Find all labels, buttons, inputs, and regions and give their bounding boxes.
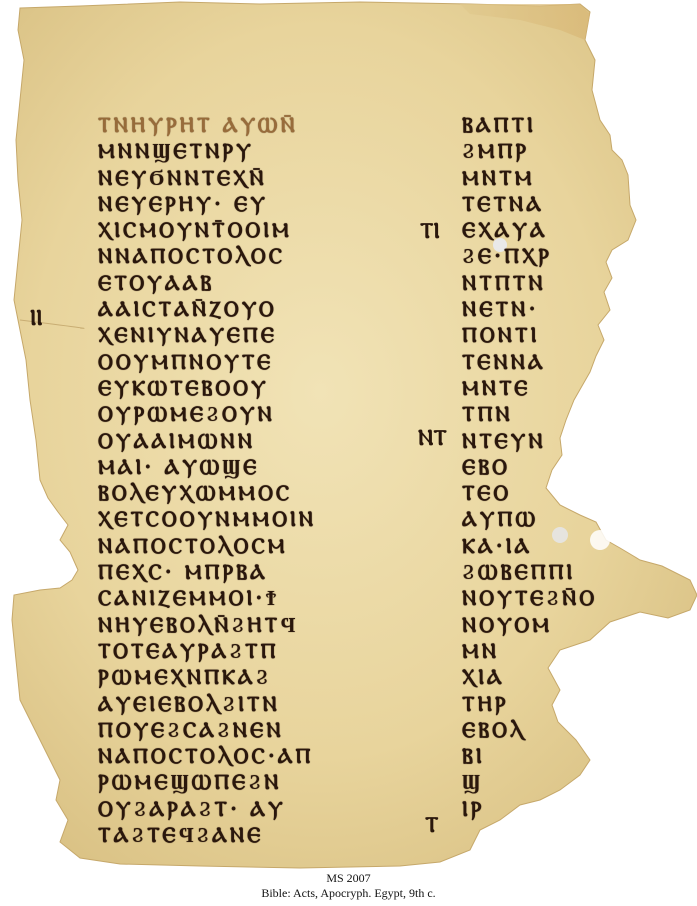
manuscript-line: ⲀⲀⲒⲤⲦⲀⲚ̄ⲌⲞⲨⲞ	[98, 296, 421, 322]
manuscript-line: ⲂⲒ	[462, 743, 599, 769]
margin-mark: ⲦⲒ	[420, 218, 440, 244]
caption-subtitle: Bible: Acts, Apocryph. Egypt, 9th c.	[0, 886, 697, 901]
manuscript-line: ⲬⲒⲤⲘⲞⲨⲚⲦ̄ⲞⲞⲒⲘ	[98, 217, 421, 243]
manuscript-line: ⲈⲂⲞⲖ	[462, 717, 599, 743]
manuscript-line: ⲔⲀ·ⲒⲀ	[462, 533, 599, 559]
manuscript-line: ⲘⲀⲒ· ⲀⲨⲰϢⲈ	[98, 454, 421, 480]
manuscript-line: ⲠⲞⲨⲈϨⲤⲀϨⲚⲈⲚ	[98, 717, 421, 743]
manuscript-line: ⲚⲦⲠⲦⲚ	[462, 270, 599, 296]
manuscript-line: ⲘⲚ	[462, 638, 599, 664]
manuscript-line: ⲦⲚⲎⲨⲢⲎⲦ ⲀⲨⲰⲚ̄	[98, 112, 421, 138]
manuscript-line: ⲚⲈⲨⲈⲢⲎⲨ· ⲈⲨ	[98, 191, 421, 217]
manuscript-line: ⲚⲎⲨⲈⲂⲞⲖⲚ̄ϨⲎⲦϤ	[98, 612, 421, 638]
manuscript-line: ⲦⲞⲦⲈⲀⲨⲢⲀϨⲦⲠ	[98, 638, 421, 664]
manuscript-photo: ⲦⲚⲎⲨⲢⲎⲦ ⲀⲨⲰⲚ̄ ⲘⲚⲚϢⲈⲦⲚⲢⲨ ⲚⲈⲨϬⲚⲚⲦⲈⲬⲚ̄ ⲚⲈⲨⲈ…	[0, 0, 697, 906]
manuscript-line: ⲘⲚⲦⲘ	[462, 165, 599, 191]
manuscript-line: ⲈⲦⲞⲨⲀⲀⲂ	[98, 270, 421, 296]
manuscript-left-column: ⲦⲚⲎⲨⲢⲎⲦ ⲀⲨⲰⲚ̄ ⲘⲚⲚϢⲈⲦⲚⲢⲨ ⲚⲈⲨϬⲚⲚⲦⲈⲬⲚ̄ ⲚⲈⲨⲈ…	[98, 112, 428, 848]
manuscript-line: ⲈⲂⲞ	[462, 454, 599, 480]
manuscript-line: ⲢⲰⲘⲈⲬⲚⲠⲔⲀϨ	[98, 664, 421, 690]
manuscript-line: ⲚⲦⲈⲨⲚ	[462, 428, 599, 454]
manuscript-line: ⲬⲈⲚⲒⲨⲚⲀⲨⲈⲠⲈ	[98, 322, 421, 348]
manuscript-line: ⲒⲢ	[462, 796, 599, 822]
manuscript-line: ⲦⲈⲚⲚⲀ	[462, 349, 599, 375]
manuscript-line: ⲈⲬⲀⲨⲀ	[462, 217, 599, 243]
manuscript-line: ⲬⲒⲀ	[462, 664, 599, 690]
manuscript-line: ⲦⲎⲢ	[462, 691, 599, 717]
caption-title: MS 2007	[0, 871, 697, 886]
manuscript-line: ⲢⲰⲘⲈϢⲰⲠⲈϨⲚ	[98, 769, 421, 795]
manuscript-line: ⲦⲀϨⲦⲈϤϨⲀⲚⲈ	[98, 822, 421, 848]
manuscript-line: ϨⲘⲠⲢ	[462, 138, 599, 164]
margin-mark: Ⲧ	[425, 812, 439, 838]
manuscript-line: Ϣ	[462, 769, 599, 795]
manuscript-line: ⲤⲀⲚⲒⲌⲈⲘⲘⲞⲒ·Ϯ	[98, 585, 421, 611]
manuscript-line: ⲬⲈⲦⲤⲞⲞⲨⲚⲘⲘⲞⲒⲚ	[98, 506, 421, 532]
manuscript-line: ⲚⲚⲀⲠⲞⲤⲦⲞⲖⲞⲤ	[98, 243, 421, 269]
manuscript-line: ⲀⲨⲠⲰ	[462, 506, 599, 532]
manuscript-line: ⲚⲞⲨⲞⲘ	[462, 612, 599, 638]
manuscript-line: ⲚⲀⲠⲞⲤⲦⲞⲖⲞⲤ·ⲀⲠ	[98, 743, 421, 769]
manuscript-line: ⲞⲨⲢⲰⲘⲈϨⲞⲨⲚ	[98, 401, 421, 427]
manuscript-line: ⲈⲨⲔⲰⲦⲈⲂⲞⲞⲨ	[98, 375, 421, 401]
manuscript-line: ⲞⲞⲨⲘⲠⲚⲞⲨⲦⲈ	[98, 349, 421, 375]
manuscript-line: ⲘⲚⲦⲈ	[462, 375, 599, 401]
manuscript-line: ⲞⲨϨⲀⲢⲀϨⲦ· ⲀⲨ	[98, 796, 421, 822]
manuscript-line: ϨⲰⲂⲈⲠⲠⲒ	[462, 559, 599, 585]
manuscript-right-column: ⲂⲀⲠⲦⲒ ϨⲘⲠⲢ ⲘⲚⲦⲘ ⲦⲈⲦⲚⲀ ⲈⲬⲀⲨⲀ ϨⲈ·ⲠⲬⲢ ⲚⲦⲠⲦⲚ…	[462, 112, 602, 822]
manuscript-line: ϨⲈ·ⲠⲬⲢ	[462, 243, 599, 269]
manuscript-line: ⲚⲈⲦⲚ·	[462, 296, 599, 322]
manuscript-line: ⲚⲀⲠⲞⲤⲦⲞⲖⲞⲤⲘ	[98, 533, 421, 559]
manuscript-line: ⲠⲞⲚⲦⲒ	[462, 322, 599, 348]
manuscript-line: ⲂⲀⲠⲦⲒ	[462, 112, 599, 138]
manuscript-line: ⲦⲠⲚ	[462, 401, 599, 427]
manuscript-line: ⲂⲞⲖⲈⲨⲬⲰⲘⲘⲞⲤ	[98, 480, 421, 506]
manuscript-line: ⲦⲈⲦⲚⲀ	[462, 191, 599, 217]
manuscript-line: ⲚⲈⲨϬⲚⲚⲦⲈⲬⲚ̄	[98, 165, 421, 191]
manuscript-line: ⲘⲚⲚϢⲈⲦⲚⲢⲨ	[98, 138, 421, 164]
manuscript-line: ⲞⲨⲀⲀⲒⲘⲰⲚⲚ	[98, 428, 421, 454]
manuscript-line: ⲦⲈⲞ	[462, 480, 599, 506]
manuscript-line: ⲀⲨⲈⲒⲈⲂⲞⲖϨⲒⲦⲚ	[98, 691, 421, 717]
manuscript-line: ⲠⲈⲬⲤ· ⲘⲠⲢⲂⲀ	[98, 559, 421, 585]
margin-mark: ⲚⲦ	[418, 425, 447, 451]
margin-mark: ⲒⲒ	[30, 305, 42, 331]
manuscript-line: ⲚⲞⲨⲦⲈϨⲚ̄Ⲟ	[462, 585, 599, 611]
